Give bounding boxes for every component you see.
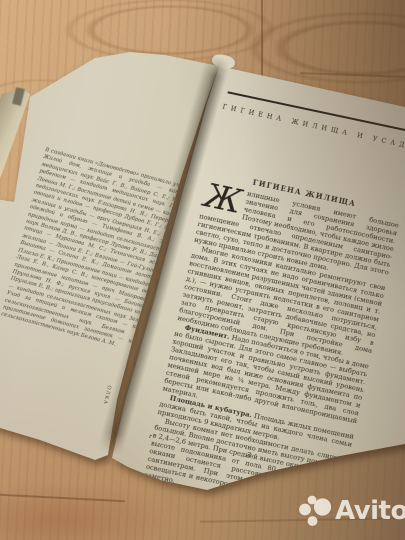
avito-wordmark: Avito [335,496,405,526]
right-page: ГИГИЕНА ЖИЛИЩА И УСАДЬБЫ ГИГИЕНА ЖИЛИЩА … [95,50,405,502]
book-photo: В создании книги «Домоводство» принимали… [0,0,405,540]
avito-logo-icon [299,494,332,528]
avito-watermark: Avito [299,494,405,528]
right-page-content: ГИГИЕНА ЖИЛИЩА И УСАДЬБЫ ГИГИЕНА ЖИЛИЩА … [227,86,405,128]
drop-cap: Ж [202,182,244,215]
